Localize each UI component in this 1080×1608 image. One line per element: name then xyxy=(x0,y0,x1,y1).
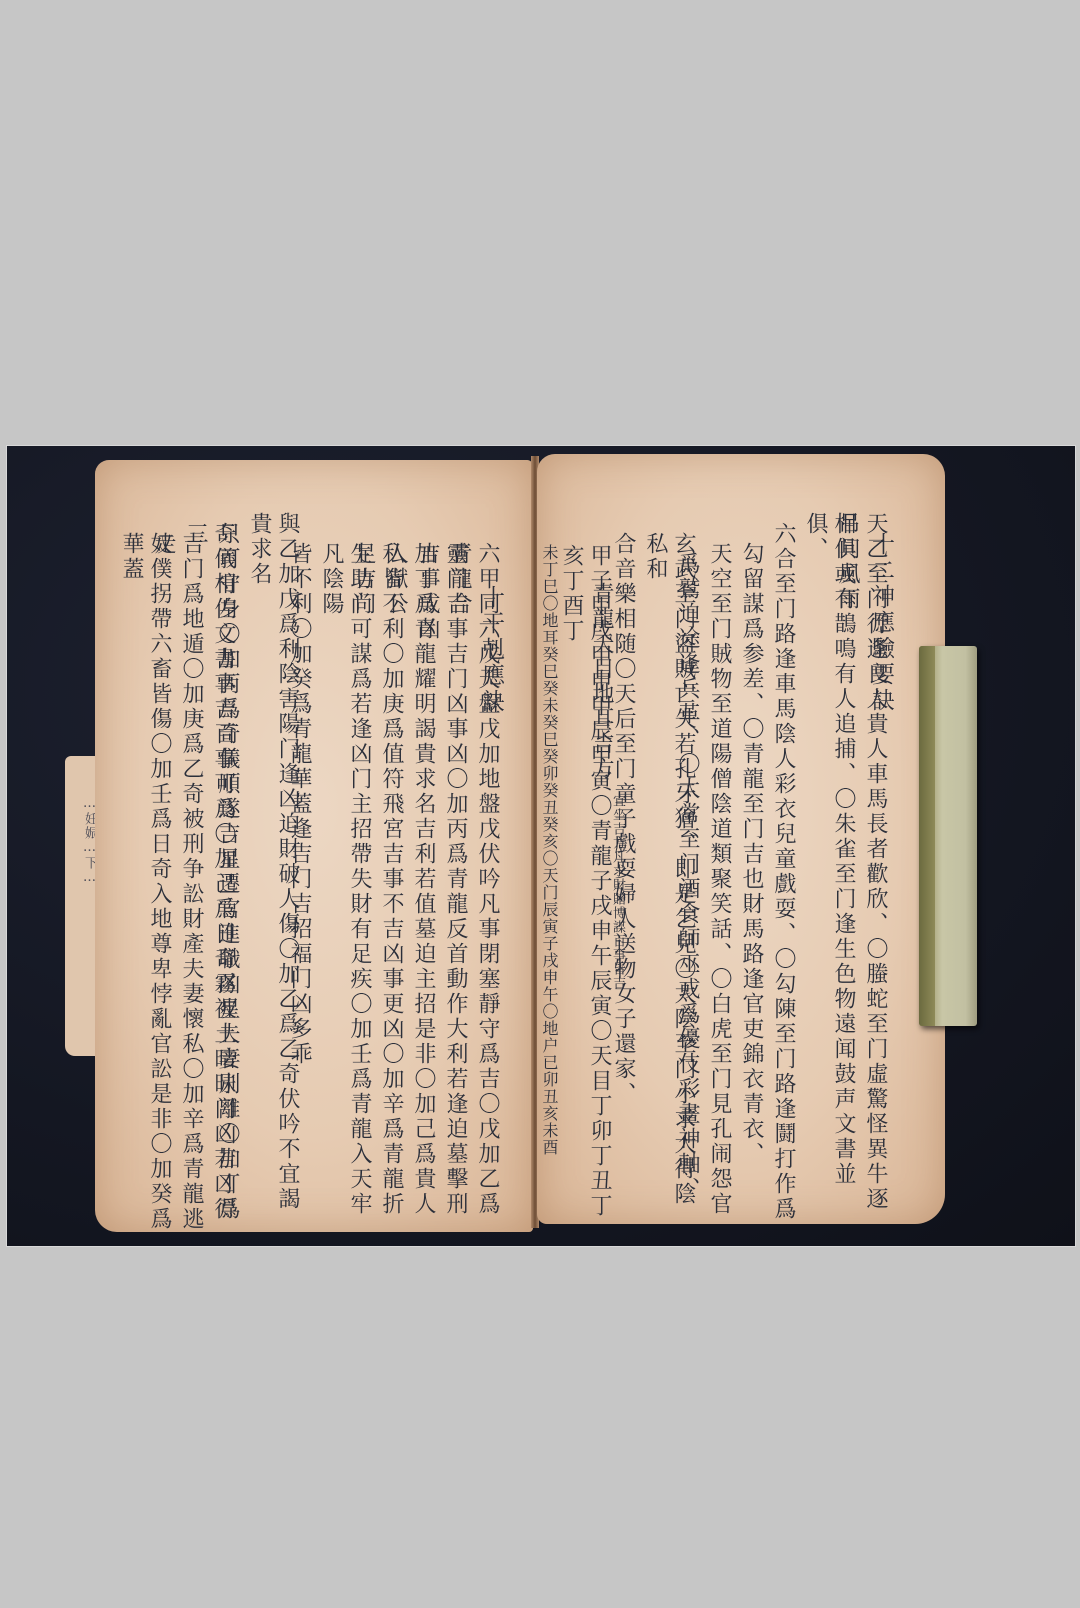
right-column-4: 勾留謀爲参差、〇青龍至门吉也財馬路逢官吏錦衣青衣、 xyxy=(737,542,765,1167)
open-manuscript-book: …妊娠…下… 十干剋應訣 六甲同六戊天盤戊加地盤戊伏吟凡事閉塞靜守爲吉〇戊加乙爲… xyxy=(7,446,1075,1246)
left-column-7: 與乙加戊爲利陰害陽门逢凶迫財破人傷〇加乙爲乙奇伏吟不宜謁貴求名 xyxy=(245,512,301,1232)
right-column-3: 六合至门路逢車馬陰人彩衣兒童戲耍、〇勾陳至门路逢鬪打作爲 xyxy=(769,522,797,1222)
section-column-1: 甲子甲戌甲申甲辰甲寅〇青龍子戌申午辰寅〇天目丁卯丁丑丁亥丁酉丁 xyxy=(557,544,613,1224)
right-column-7: 玄武至门盜賊亡失若孔牙獪、即是乞兒〇太陰至门小求大得陰私和 xyxy=(641,532,697,1224)
right-column-2: 相俱或有鵲鳴有人追捕、〇朱雀至门逢生色物遠闻鼓声文書並俱、 xyxy=(801,512,857,1224)
metal-bar-weight xyxy=(919,646,977,1026)
right-column-5: 天空至门賊物至道陽僧陰道類聚笑話、〇白虎至门見孔闹怨官 xyxy=(705,542,733,1217)
section-column-2: 未丁巳〇地耳癸巳癸未癸巳癸卯癸丑癸亥〇天门辰寅子戌申午〇地户已卯丑亥未酉 xyxy=(539,544,559,1156)
left-column-5: 生助尚可謀爲若逢凶门主招帶失財有足疾〇加壬爲青龍入天牢凡陰陽 xyxy=(317,542,373,1232)
left-page: 十干剋應訣 六甲同六戊天盤戊加地盤戊伏吟凡事閉塞靜守爲吉〇戊加乙爲青龍合 靈门吉… xyxy=(95,460,533,1232)
photograph: …妊娠…下… 十干剋應訣 六甲同六戊天盤戊加地盤戊伏吟凡事閉塞靜守爲吉〇戊加乙爲… xyxy=(6,445,1076,1247)
right-page: 十二神應驗要訣 天乙至门行逢良人貴人車馬長者歡欣、〇螣蛇至门虛驚怪異牛逐吊问風雨… xyxy=(537,454,945,1224)
left-column-11: 奴僕拐帶六畜皆傷〇加壬爲日奇入地尊卑悖亂官訟是非〇加癸爲華蓋 xyxy=(117,532,173,1232)
